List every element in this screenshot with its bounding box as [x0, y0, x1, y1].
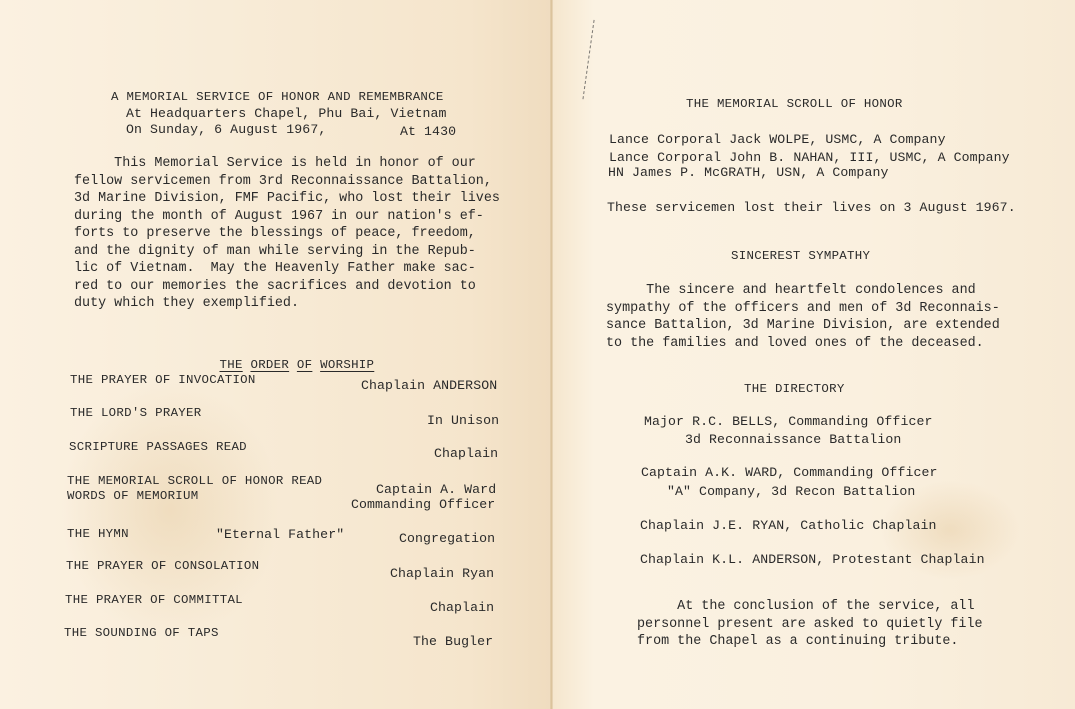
intro-line: red to our memories the sacrifices and d… [74, 278, 500, 296]
sympathy-heading: SINCEREST SYMPATHY [731, 248, 870, 264]
closing-line: personnel present are asked to quietly f… [637, 616, 983, 634]
center-fold [550, 0, 553, 709]
heading-word: OF [297, 358, 312, 372]
directory-heading: THE DIRECTORY [744, 381, 845, 397]
scroll-name: Lance Corporal Jack WOLPE, USMC, A Compa… [609, 132, 946, 148]
worship-item: THE PRAYER OF INVOCATION [70, 372, 256, 388]
order-of-worship-heading: THE ORDER OF WORSHIP [204, 341, 374, 373]
sympathy-line: The sincere and heartfelt condolences an… [606, 282, 1000, 300]
intro-line: lic of Vietnam. May the Heavenly Father … [74, 260, 500, 278]
worship-item: THE LORD'S PRAYER [70, 405, 202, 421]
scroll-heading: THE MEMORIAL SCROLL OF HONOR [686, 96, 903, 112]
worship-item: THE MEMORIAL SCROLL OF HONOR READ [67, 473, 322, 489]
closing-paragraph: At the conclusion of the service, all pe… [637, 598, 983, 651]
worship-item: THE PRAYER OF CONSOLATION [66, 558, 259, 574]
directory-entry: Captain A.K. WARD, Commanding Officer [641, 465, 938, 481]
scroll-name: HN James P. McGRATH, USN, A Company [608, 165, 888, 181]
worship-item: THE PRAYER OF COMMITTAL [65, 592, 243, 608]
worship-officiant: Chaplain [430, 600, 494, 616]
sympathy-line: sance Battalion, 3d Marine Division, are… [606, 317, 1000, 335]
heading-word: WORSHIP [320, 358, 374, 372]
sympathy-paragraph: The sincere and heartfelt condolences an… [606, 282, 1000, 352]
worship-officiant: Chaplain Ryan [390, 566, 494, 582]
intro-line: 3d Marine Division, FMF Pacific, who los… [74, 190, 500, 208]
closing-line: from the Chapel as a continuing tribute. [637, 633, 983, 651]
worship-officiant: The Bugler [413, 634, 493, 650]
intro-line: fellow servicemen from 3rd Reconnaissanc… [74, 173, 500, 191]
service-date: On Sunday, 6 August 1967, [126, 122, 326, 138]
worship-officiant: In Unison [427, 413, 499, 429]
directory-entry: Chaplain K.L. ANDERSON, Protestant Chapl… [640, 552, 985, 568]
directory-entry-unit: "A" Company, 3d Recon Battalion [667, 484, 915, 500]
directory-entry: Chaplain J.E. RYAN, Catholic Chaplain [640, 518, 937, 534]
intro-line: during the month of August 1967 in our n… [74, 208, 500, 226]
sympathy-line: sympathy of the officers and men of 3d R… [606, 300, 1000, 318]
worship-officiant: Congregation [399, 531, 495, 547]
heading-word: THE [219, 358, 242, 372]
scroll-statement: These servicemen lost their lives on 3 A… [607, 200, 1016, 216]
service-title: A MEMORIAL SERVICE OF HONOR AND REMEMBRA… [111, 89, 444, 105]
intro-paragraph: This Memorial Service is held in honor o… [74, 155, 500, 313]
directory-entry: Major R.C. BELLS, Commanding Officer [644, 414, 933, 430]
worship-officiant: Chaplain [434, 446, 498, 462]
worship-officiant-title: Commanding Officer [351, 497, 495, 513]
intro-line: This Memorial Service is held in honor o… [74, 155, 500, 173]
intro-line: and the dignity of man while serving in … [74, 243, 500, 261]
sympathy-line: to the families and loved ones of the de… [606, 335, 1000, 353]
worship-item: SCRIPTURE PASSAGES READ [69, 439, 247, 455]
worship-item: WORDS OF MEMORIUM [67, 488, 199, 504]
worship-item: THE SOUNDING OF TAPS [64, 625, 219, 641]
scroll-name: Lance Corporal John B. NAHAN, III, USMC,… [609, 150, 1010, 166]
closing-line: At the conclusion of the service, all [637, 598, 983, 616]
hymn-title: "Eternal Father" [216, 527, 344, 543]
intro-line: forts to preserve the blessings of peace… [74, 225, 500, 243]
service-time: At 1430 [400, 124, 456, 140]
directory-entry-unit: 3d Reconnaissance Battalion [685, 432, 901, 448]
intro-line: duty which they exemplified. [74, 295, 500, 313]
worship-item: THE HYMN [67, 526, 129, 542]
heading-word: ORDER [250, 358, 289, 372]
service-location: At Headquarters Chapel, Phu Bai, Vietnam [126, 106, 447, 122]
worship-officiant: Captain A. Ward [376, 482, 496, 498]
worship-officiant: Chaplain ANDERSON [361, 378, 497, 394]
